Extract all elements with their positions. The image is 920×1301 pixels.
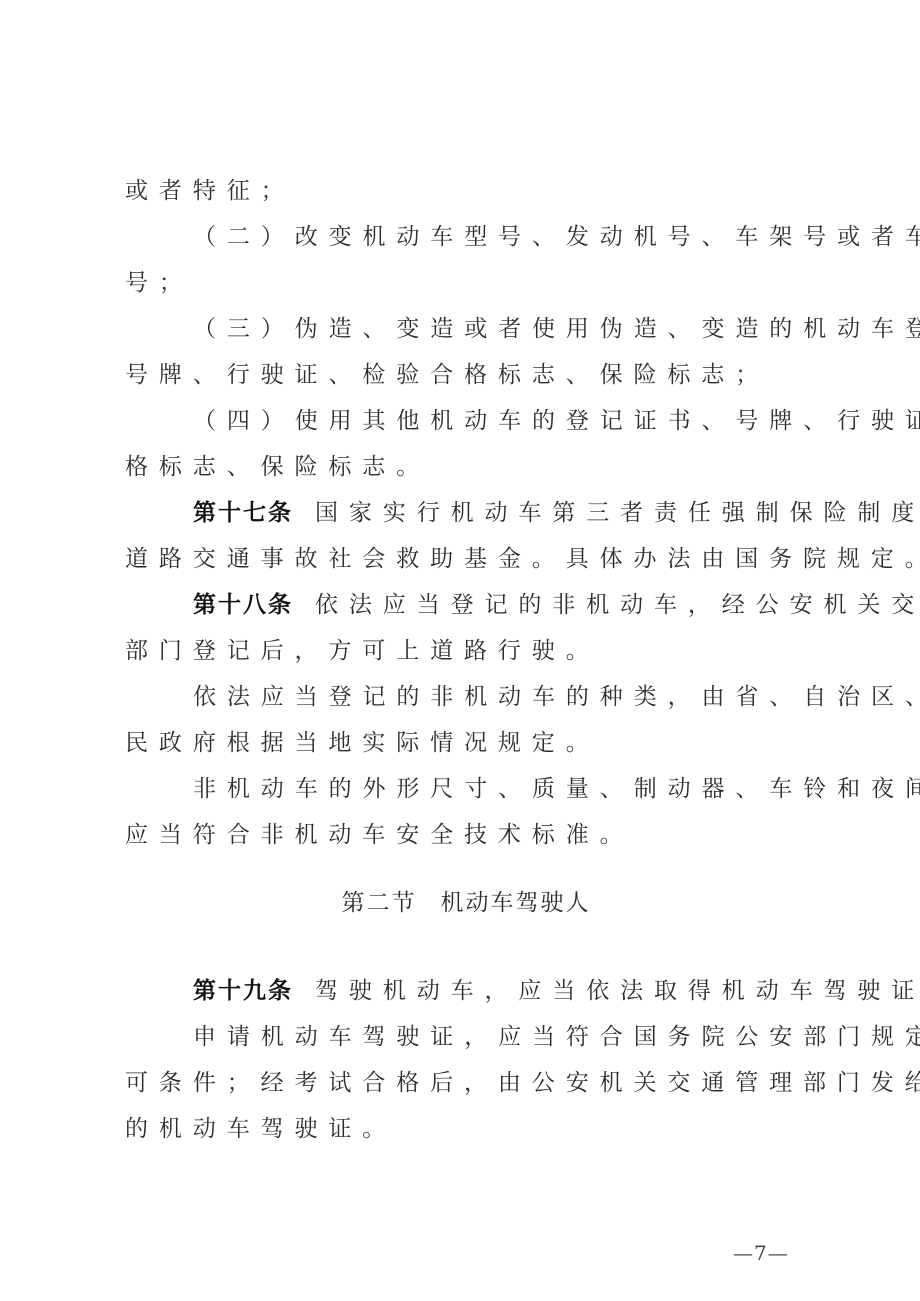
- article-18-text: 依法应当登记的非机动车，经公安机关交通管理: [315, 592, 920, 618]
- page-number: —7—: [733, 1241, 789, 1265]
- list-item-3-line-2: 号牌、行驶证、检验合格标志、保险标志；: [125, 352, 769, 398]
- article-19-text: 驾驶机动车，应当依法取得机动车驾驶证。: [315, 978, 920, 1004]
- list-item-4-line-1: （四）使用其他机动车的登记证书、号牌、行驶证、检验合: [193, 398, 920, 444]
- paragraph-line: 依法应当登记的非机动车的种类，由省、自治区、直辖市人: [193, 674, 920, 720]
- section-heading: 第二节机动车驾驶人: [125, 880, 807, 926]
- paragraph-line: 的机动车驾驶证。: [125, 1106, 396, 1152]
- paragraph-line: 民政府根据当地实际情况规定。: [125, 720, 600, 766]
- section-number: 第二节: [342, 890, 417, 916]
- text-line: 或者特征；: [125, 168, 295, 214]
- article-19-label: 第十九条: [193, 978, 293, 1004]
- list-item-2-line-2: 号；: [125, 260, 193, 306]
- article-19-line-1: 第十九条驾驶机动车，应当依法取得机动车驾驶证。: [193, 968, 920, 1014]
- list-item-3-line-1: （三）伪造、变造或者使用伪造、变造的机动车登记证书、: [193, 306, 920, 352]
- paragraph-line: 申请机动车驾驶证，应当符合国务院公安部门规定的驾驶许: [193, 1014, 920, 1060]
- paragraph-line: 可条件；经考试合格后，由公安机关交通管理部门发给相应类别: [125, 1060, 920, 1106]
- article-17-line-1: 第十七条国家实行机动车第三者责任强制保险制度，设立: [193, 490, 920, 536]
- article-18-line-2: 部门登记后，方可上道路行驶。: [125, 628, 600, 674]
- article-17-text: 国家实行机动车第三者责任强制保险制度，设立: [315, 500, 920, 526]
- article-17-line-2: 道路交通事故社会救助基金。具体办法由国务院规定。: [125, 536, 920, 582]
- article-18-label: 第十八条: [193, 592, 293, 618]
- article-17-label: 第十七条: [193, 500, 293, 526]
- list-item-2-line-1: （二）改变机动车型号、发动机号、车架号或者车辆识别代: [193, 214, 920, 260]
- paragraph-line: 应当符合非机动车安全技术标准。: [125, 812, 634, 858]
- section-title: 机动车驾驶人: [441, 890, 591, 916]
- list-item-4-line-2: 格标志、保险标志。: [125, 444, 430, 490]
- article-18-line-1: 第十八条依法应当登记的非机动车，经公安机关交通管理: [193, 582, 920, 628]
- paragraph-line: 非机动车的外形尺寸、质量、制动器、车铃和夜间反光装置，: [193, 766, 920, 812]
